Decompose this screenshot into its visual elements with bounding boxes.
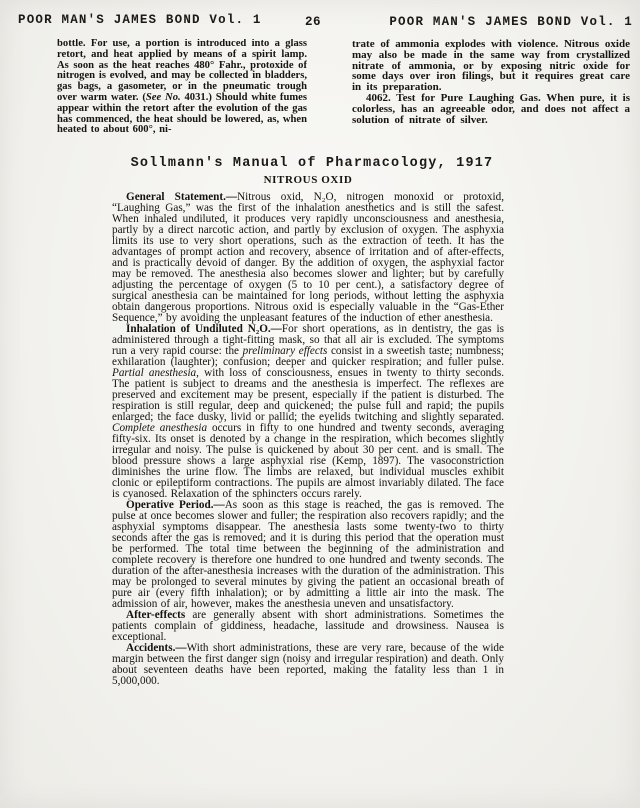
paragraph: Inhalation of Undiluted N₂O.—For short o…: [112, 324, 504, 500]
excerpt-body: General Statement.—Nitrous oxid, N₂O, ni…: [112, 192, 504, 764]
text-segment: trate of ammonia explodes with violence.…: [352, 39, 630, 93]
paragraph: trate of ammonia explodes with violence.…: [352, 39, 630, 93]
text-segment: As soon as this stage is reached, the ga…: [112, 499, 504, 610]
text-segment: See No.: [146, 92, 181, 103]
running-head: POOR MAN'S JAMES BOND Vol. 1 26 POOR MAN…: [18, 13, 633, 31]
paragraph: bottle. For use, a portion is introduced…: [57, 39, 307, 136]
paragraph: 4062. Test for Pure Laughing Gas. When p…: [352, 93, 630, 125]
top-right-column: trate of ammonia explodes with violence.…: [352, 39, 630, 153]
running-head-right-title: POOR MAN'S JAMES BOND Vol. 1: [389, 15, 633, 29]
excerpt-source-title: Sollmann's Manual of Pharmacology, 1917: [112, 156, 512, 171]
excerpt-heading: NITROUS OXID: [112, 174, 504, 186]
top-left-column: bottle. For use, a portion is introduced…: [57, 39, 307, 141]
paragraph: General Statement.—Nitrous oxid, N₂O, ni…: [112, 192, 504, 324]
scanned-book-page: POOR MAN'S JAMES BOND Vol. 1 26 POOR MAN…: [0, 0, 640, 808]
page-number: 26: [305, 15, 321, 29]
paragraph: Operative Period.—As soon as this stage …: [112, 500, 504, 610]
paragraph: Accidents.—With short administrations, t…: [112, 643, 504, 687]
text-segment: Nitrous oxid, N₂O, nitrogen monoxid or p…: [112, 192, 504, 324]
running-head-left-title: POOR MAN'S JAMES BOND Vol. 1: [18, 13, 262, 27]
paragraph: After-effects are generally absent with …: [112, 610, 504, 643]
text-segment: occurs in fifty to one hundred and twent…: [112, 422, 504, 500]
